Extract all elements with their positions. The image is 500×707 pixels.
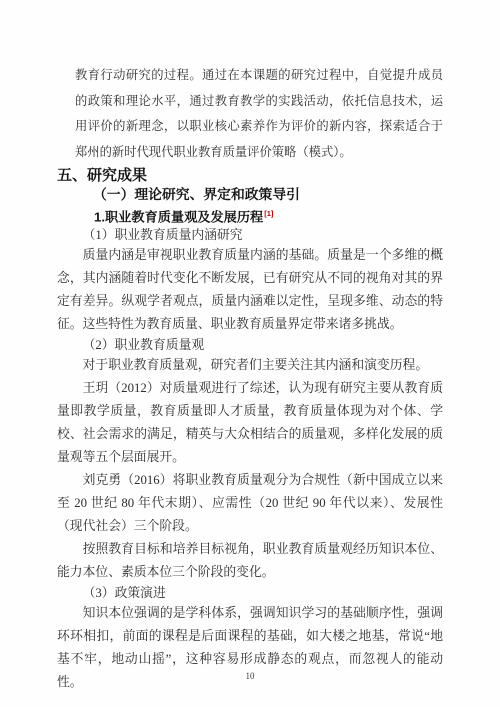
paragraph-quality-connotation: 质量内涵是审视职业教育质量内涵的基础。质量是一个多维的概念，其内涵随着时代变化不… <box>57 244 443 336</box>
topic-heading-text: 1.职业教育质量观及发展历程 <box>94 209 263 224</box>
section-heading: （一）理论研究、界定和政策导引 <box>93 186 443 204</box>
paragraph-wangyue: 王玥（2012）对质量观进行了综述，认为现有研究主要从教育质量即教学质量，教育质… <box>57 377 443 469</box>
footnote-reference: [1] <box>264 209 273 218</box>
subitem-heading-1: （1）职业教育质量内涵研究 <box>57 226 443 244</box>
paragraph-quality-view-intro: 对于职业教育质量观，研究者们主要关注其内涵和演变历程。 <box>57 354 443 377</box>
subitem-heading-3: （3）政策演进 <box>57 584 443 602</box>
document-page: 教育行动研究的过程。通过在本课题的研究过程中，自觉提升成员的政策和理论水平，通过… <box>0 0 500 707</box>
page-number: 10 <box>0 671 500 681</box>
paragraph-liukeyong: 刘克勇（2016）将职业教育质量观分为合规性（新中国成立以来至 20 世纪 80… <box>57 469 443 538</box>
paragraph-stages: 按照教育目标和培养目标视角，职业教育质量观经历知识本位、能力本位、素质本位三个阶… <box>57 538 443 584</box>
paragraph-continued: 教育行动研究的过程。通过在本课题的研究过程中，自觉提升成员的政策和理论水平，通过… <box>75 63 443 165</box>
topic-heading: 1.职业教育质量观及发展历程[1] <box>94 204 443 226</box>
subitem-heading-2: （2）职业教育质量观 <box>57 336 443 354</box>
chapter-heading: 五、研究成果 <box>57 165 443 186</box>
